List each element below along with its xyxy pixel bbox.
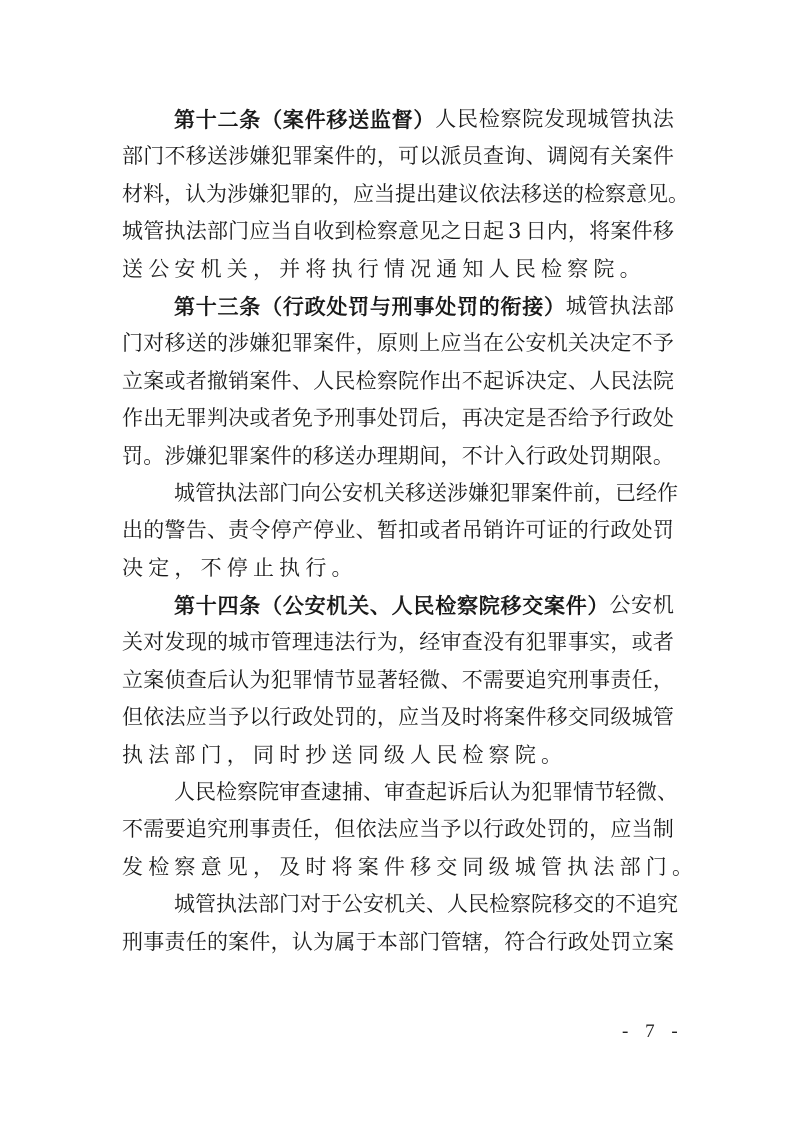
text-line: 决定，不停止执行。 xyxy=(122,550,674,587)
text-line: 但依法应当予以行政处罚的，应当及时将案件移交同级城管 xyxy=(122,699,674,736)
text-line: 城管执法部门向公安机关移送涉嫌犯罪案件前，已经作 xyxy=(122,475,674,512)
text-line: 人民检察院审查逮捕、审查起诉后认为犯罪情节轻微、 xyxy=(122,774,674,811)
text-line: 出的警告、责令停产停业、暂扣或者吊销许可证的行政处罚 xyxy=(122,512,674,549)
text-line: 立案侦查后认为犯罪情节显著轻微、不需要追究刑事责任， xyxy=(122,662,674,699)
body-paragraph: 城管执法部门对于公安机关、人民检察院移交的不追究刑事责任的案件，认为属于本部门管… xyxy=(122,886,674,961)
text-line: 不需要追究刑事责任，但依法应当予以行政处罚的，应当制 xyxy=(122,811,674,848)
text-line: 执法部门，同时抄送同级人民检察院。 xyxy=(122,737,674,774)
text-line: 发检察意见，及时将案件移交同级城管执法部门。 xyxy=(122,849,674,886)
article-paragraph: 第十二条（案件移送监督）人民检察院发现城管执法部门不移送涉嫌犯罪案件的，可以派员… xyxy=(122,101,674,288)
text-line: 关对发现的城市管理违法行为，经审查没有犯罪事实，或者 xyxy=(122,624,674,661)
text-line: 第十四条（公安机关、人民检察院移交案件）公安机 xyxy=(122,587,674,624)
page-number: - 7 - xyxy=(622,1021,684,1043)
document-body: 第十二条（案件移送监督）人民检察院发现城管执法部门不移送涉嫌犯罪案件的，可以派员… xyxy=(122,101,674,961)
text-line: 立案或者撤销案件、人民检察院作出不起诉决定、人民法院 xyxy=(122,363,674,400)
body-paragraph: 人民检察院审查逮捕、审查起诉后认为犯罪情节轻微、不需要追究刑事责任，但依法应当予… xyxy=(122,774,674,886)
text-line: 送公安机关，并将执行情况通知人民检察院。 xyxy=(122,251,674,288)
document-page: 第十二条（案件移送监督）人民检察院发现城管执法部门不移送涉嫌犯罪案件的，可以派员… xyxy=(0,0,793,1122)
article-paragraph: 第十三条（行政处罚与刑事处罚的衔接）城管执法部门对移送的涉嫌犯罪案件，原则上应当… xyxy=(122,288,674,475)
text-line: 刑事责任的案件，认为属于本部门管辖，符合行政处罚立案 xyxy=(122,924,674,961)
text-line: 材料，认为涉嫌犯罪的，应当提出建议依法移送的检察意见。 xyxy=(122,176,674,213)
body-paragraph: 城管执法部门向公安机关移送涉嫌犯罪案件前，已经作出的警告、责令停产停业、暂扣或者… xyxy=(122,475,674,587)
text-line: 第十三条（行政处罚与刑事处罚的衔接）城管执法部 xyxy=(122,288,674,325)
text-line: 城管执法部门应当自收到检察意见之日起3日内，将案件移 xyxy=(122,213,674,250)
text-line: 门对移送的涉嫌犯罪案件，原则上应当在公安机关决定不予 xyxy=(122,325,674,362)
text-line: 第十二条（案件移送监督）人民检察院发现城管执法 xyxy=(122,101,674,138)
text-line: 作出无罪判决或者免予刑事处罚后，再决定是否给予行政处 xyxy=(122,400,674,437)
article-paragraph: 第十四条（公安机关、人民检察院移交案件）公安机关对发现的城市管理违法行为，经审查… xyxy=(122,587,674,774)
text-line: 罚。涉嫌犯罪案件的移送办理期间，不计入行政处罚期限。 xyxy=(122,438,674,475)
text-line: 城管执法部门对于公安机关、人民检察院移交的不追究 xyxy=(122,886,674,923)
text-line: 部门不移送涉嫌犯罪案件的，可以派员查询、调阅有关案件 xyxy=(122,138,674,175)
